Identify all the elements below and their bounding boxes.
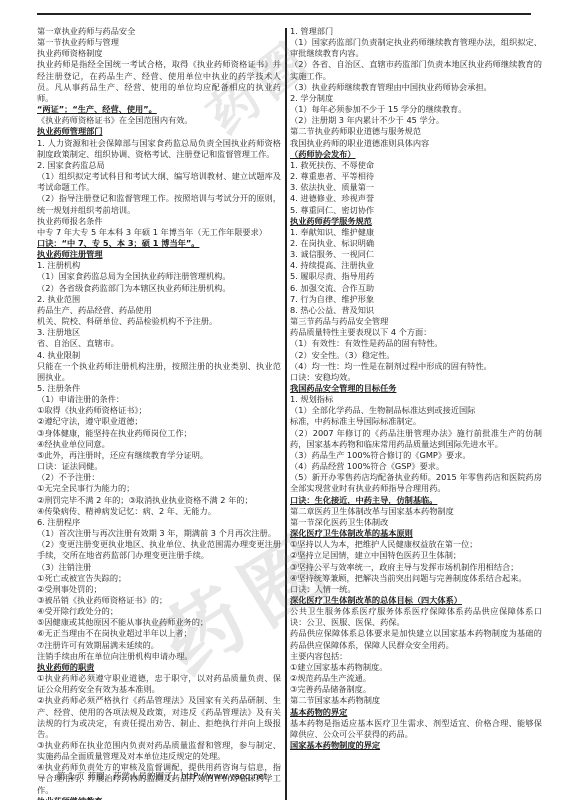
paragraph: 4. 进德修业、珍视声誉: [290, 193, 542, 204]
section-heading: 执业药师管理部门: [37, 126, 281, 137]
paragraph: 3. 依法执业、质量第一: [290, 182, 542, 193]
paragraph: （1）国家药监部门负责制定执业药师继续教育管理办法，组织拟定、审批继续教育内容。: [290, 37, 542, 59]
paragraph: ③完善药品储备制度。: [290, 684, 542, 695]
paragraph: 5. 尊重同仁、密切协作: [290, 205, 542, 216]
paragraph: （1）有效性：有效性是药品的固有特性。: [290, 338, 542, 349]
paragraph: （4）药品经营 100%符合《GSP》要求。: [290, 461, 542, 472]
paragraph: 第二节执业药师职业道德与服务规范: [290, 126, 542, 137]
paragraph: （1）申请注册的条件：: [37, 394, 281, 405]
paragraph: 第二节国家基本药物制度: [290, 695, 542, 706]
paragraph: 中专 7 年大专 5 年本科 3 年硕 1 年博当年（无工作年限要求）: [37, 227, 281, 238]
section-heading: 执业药师继续教育: [37, 796, 281, 800]
paragraph: 口诀：安稳均效。: [290, 372, 542, 383]
two-column-content: 第一章执业药师与药品安全第一节执业药师与管理执业药师资格制度执业药师是指经全国统…: [37, 26, 542, 800]
paragraph: （2）安全性。（3）稳定性。: [290, 350, 542, 361]
paragraph: ②遵纪守法，遵守职业道德；: [37, 416, 281, 427]
paragraph: 第二章医药卫生体制改革与国家基本药物制度: [290, 506, 542, 517]
section-heading: “两证”；“生产、经营、使用”。: [37, 104, 281, 115]
section-heading: 深化医疗卫生体制改革的基本原则: [290, 528, 542, 539]
paragraph: ④受开除行政处分的；: [37, 606, 281, 617]
paragraph: ①死亡或被宣告失踪的；: [37, 573, 281, 584]
paragraph: 我国执业药师的职业道德准则具体内容: [290, 138, 542, 149]
section-heading: 执业药师注册管理: [37, 249, 281, 260]
paragraph: 8. 热心公益、普及知识: [290, 305, 542, 316]
paragraph: 机关、院校、科研单位、药品检验机构不予注册。: [37, 316, 281, 327]
paragraph: 药品质量特性主要表现以下 4 个方面：: [290, 327, 542, 338]
paragraph: 6. 注册程序: [37, 517, 281, 528]
paragraph: 药品供应保障体系总体要求是加快建立以国家基本药物制度为基础的药品供应保障体系，保…: [290, 628, 542, 650]
paragraph: 主要内容包括：: [290, 651, 542, 662]
paragraph: 口诀：人情一统。: [290, 584, 542, 595]
paragraph: ④传染病传、精神病发记忆：病、2 年、无能力。: [37, 506, 281, 517]
paragraph: 1. 注册机构: [37, 260, 281, 271]
paragraph: （2）不予注册：: [37, 472, 281, 483]
section-heading: 基本药物的界定: [290, 707, 542, 718]
paragraph: （2）指导注册登记和监督管理工作。按照培训与考试分开的原则，统一规划并组织考前培…: [37, 193, 281, 215]
paragraph: （1）国家食药监总局为全国执业药师注册管理机构。: [37, 271, 281, 282]
paragraph: ③执业药师在执业范围内负责对药品质量监督和管理，参与制定、实施药品全面质量管理及…: [37, 740, 281, 762]
paragraph: （2）2007 年修订的《药品注册管理办法》施行前批准生产的仿制药，国家基本药物…: [290, 428, 542, 450]
paragraph: ⑦注册许可有效期届满未延续的。: [37, 640, 281, 651]
paragraph: （1）全部化学药品、生物制品标准达到或接近国际: [290, 405, 542, 416]
paragraph: 执业药师是指经全国统一考试合格，取得《执业药师资格证书》并经注册登记，在药品生产…: [37, 59, 281, 104]
paragraph: 《执业药师资格证书》在全国范围内有效。: [37, 115, 281, 126]
paragraph: 第一节深化医药卫生体制改: [290, 517, 542, 528]
paragraph: （1）组织拟定考试科目和考试大纲、编写培训教材、建立试题库及考试命题工作。: [37, 171, 281, 193]
section-heading: 国家基本药物制度的界定: [290, 740, 542, 751]
paragraph: ①执业药师必须遵守职业道德，忠于职守，以对药品质量负责、保证公众用药安全有效为基…: [37, 673, 281, 695]
paragraph: ③被吊销《执业药师资格证书》的；: [37, 595, 281, 606]
paragraph: 1. 奉献知识、维护健康: [290, 227, 542, 238]
paragraph: 注销手续由所在单位向注册机构申请办理。: [37, 651, 281, 662]
paragraph: 第一节执业药师与管理: [37, 37, 281, 48]
paragraph: （3）药品生产 100%符合修订的《GMP》要求。: [290, 450, 542, 461]
paragraph: 6. 加强交流、合作互助: [290, 283, 542, 294]
paragraph: 省、自治区、直辖市。: [37, 338, 281, 349]
paragraph: ①无完全民事行为能力的；: [37, 483, 281, 494]
paragraph: 执业药师报名条件: [37, 216, 281, 227]
column-divider: [285, 28, 287, 800]
paragraph: ⑥无正当理由不在岗执业超过半年以上者；: [37, 628, 281, 639]
paragraph: 1. 管理部门: [290, 26, 542, 37]
paragraph: 5. 履职尽责、指导用药: [290, 271, 542, 282]
paragraph: （2）注册期 3 年内累计不少于 45 学分。: [290, 115, 542, 126]
paragraph: 第一章执业药师与药品安全: [37, 26, 281, 37]
paragraph: 药品生产、药品经营、药品使用: [37, 305, 281, 316]
section-heading: 执业药师的职责: [37, 662, 281, 673]
paragraph: ①坚持以人为本，把维护人民健康权益放在第一位；: [290, 539, 542, 550]
paragraph: ①建立国家基本药物制度。: [290, 662, 542, 673]
paragraph: ①取得《执业药师资格证书》；: [37, 405, 281, 416]
paragraph: 2. 执业范围: [37, 294, 281, 305]
paragraph: 第三节药品与药品安全管理: [290, 316, 542, 327]
paragraph: 7. 行为自律、维护形象: [290, 294, 542, 305]
paragraph: 1. 救死扶伤、不辱使命: [290, 160, 542, 171]
paragraph: 2. 在岗执业、标识明确: [290, 238, 542, 249]
section-heading: 口诀：“中 7、专 5、本 3；硕 1 博当年”。: [37, 238, 281, 249]
paragraph: 1. 人力资源和社会保障部与国家食药监总局负责全国执业药师资格制度政策制定、组织…: [37, 138, 281, 160]
paragraph: （2）各省级食药监部门为本辖区执业药师注册机构。: [37, 283, 281, 294]
left-column: 第一章执业药师与药品安全第一节执业药师与管理执业药师资格制度执业药师是指经全国统…: [37, 26, 281, 800]
paragraph: 2. 学分制度: [290, 93, 542, 104]
paragraph: ②刑罚完毕不满 2 年的；③取消执业执业资格不满 2 年的；: [37, 495, 281, 506]
paragraph: （2）变更注册变更执业地区、执业单位、执业范围需办理变更注册手续，交所在地省药监…: [37, 539, 281, 561]
paragraph: （1）每年必须参加不少于 15 学分的继续教育。: [290, 104, 542, 115]
paragraph: （1）首次注册与再次注册有效期 3 年，期满前 3 个月再次注册。: [37, 528, 281, 539]
section-heading: 口诀：生化接近，中药主导，仿制基临。: [290, 495, 542, 506]
paragraph: 5. 注册条件: [37, 383, 281, 394]
paragraph: 标准，中药标准主导国际标准制定。: [290, 416, 542, 427]
header-rule: [37, 13, 531, 15]
paragraph: （3）注销注册: [37, 562, 281, 573]
paragraph: 1. 规划指标: [290, 394, 542, 405]
page-footer: 第 1 页 药圈，药学人员的圈子！httP://www.yaoq.net: [57, 770, 267, 782]
paragraph: 3. 诚信服务、一视同仁: [290, 249, 542, 260]
paragraph: 4. 执业限制: [37, 350, 281, 361]
paragraph: ②受刑事处罚的；: [37, 584, 281, 595]
paragraph: 2. 国家食药监总局: [37, 160, 281, 171]
paragraph: ②坚持立足国情，建立中国特色医药卫生体制；: [290, 550, 542, 561]
section-heading: （药师协会发布）: [290, 149, 542, 160]
document-page: 药圈 药圈 第一章执业药师与药品安全第一节执业药师与管理执业药师资格制度执业药师…: [0, 0, 566, 800]
paragraph: ②规范药品生产流通。: [290, 673, 542, 684]
paragraph: 3. 注册地区: [37, 327, 281, 338]
right-column: 1. 管理部门（1）国家药监部门负责制定执业药师继续教育管理办法，组织拟定、审批…: [290, 26, 542, 800]
paragraph: ③坚持公平与效率统一，政府主导与发挥市场机制作用相结合；: [290, 562, 542, 573]
section-heading: 我国药品安全管理的目标任务: [290, 383, 542, 394]
paragraph: 执业药师资格制度: [37, 48, 281, 59]
paragraph: （2）各省、自治区、直辖市药监部门负责本地区执业药师继续教育的实施工作。: [290, 59, 542, 81]
paragraph: 公共卫生服务体系医疗服务体系医疗保障体系药品供应保障体系口诀：公卫、医服、医保、…: [290, 606, 542, 628]
section-heading: 深化医疗卫生体制改革的总体目标（四大体系）: [290, 595, 542, 606]
paragraph: （5）新开办零售药店均配备执业药师。2015 年零售药店和医院药房全部实现营业时…: [290, 472, 542, 494]
paragraph: 基本药物是指适应基本医疗卫生需求、剂型适宜、价格合理、能够保障供应、公众可公平获…: [290, 718, 542, 740]
paragraph: ③身体健康，能坚持在执业药师岗位工作；: [37, 428, 281, 439]
paragraph: （4）均一性：均一性是在制剂过程中形成的固有特性。: [290, 361, 542, 372]
paragraph: ②执业药师必须严格执行《药品管理法》及国家有关药品研制、生产、经营、使用的各项法…: [37, 695, 281, 740]
paragraph: （3）执业药师继续教育管理由中国执业药师协会承担。: [290, 82, 542, 93]
paragraph: 4. 持续提高、注册执业: [290, 260, 542, 271]
paragraph: ④经执业单位同意。: [37, 439, 281, 450]
paragraph: 2. 尊重患者、平等相待: [290, 171, 542, 182]
paragraph: ⑤因健康或其他原因不能从事执业药师业务的；: [37, 617, 281, 628]
paragraph: ⑤此外，再注册时，还应有继续教育学分证明。: [37, 450, 281, 461]
section-heading: 执业药师药学服务规范: [290, 216, 542, 227]
paragraph: 口诀：证法同健。: [37, 461, 281, 472]
paragraph: 只能在一个执业药师注册机构注册，按照注册的执业类别、执业范围执业。: [37, 361, 281, 383]
paragraph: ④坚持统筹兼顾，把解决当前突出问题与完善制度体系结合起来。: [290, 573, 542, 584]
